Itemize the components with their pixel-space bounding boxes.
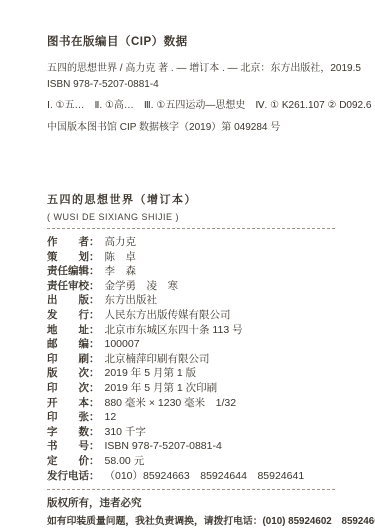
row-value: 58.00 元 xyxy=(105,454,145,469)
row-value: 2019 年 5 月第 1 次印刷 xyxy=(105,381,218,396)
colophon-row-format: 开 本：880 毫米 × 1230 毫米 1/32 xyxy=(47,396,335,411)
cip-section: 图书在版编目（CIP）数据 五四的思想世界 / 高力克 著 . — 增订本 . … xyxy=(47,33,335,135)
row-label: 字 数： xyxy=(47,425,100,440)
row-value: 310 千字 xyxy=(105,425,146,440)
cip-heading: 图书在版编目（CIP）数据 xyxy=(47,33,335,49)
row-value: 2019 年 5 月第 1 版 xyxy=(105,366,197,381)
row-label: 策 划： xyxy=(47,250,100,265)
row-label: 作 者： xyxy=(47,235,100,250)
book-title: 五四的思想世界（增订本） xyxy=(47,191,335,207)
row-label: 书 号： xyxy=(47,439,100,454)
footer-section: 版权所有，违者必究 如有印装质量问题，我社负责调换，请拨打电话：(010) 85… xyxy=(47,496,335,529)
row-label: 版 次： xyxy=(47,366,100,381)
colophon-row-distributor: 发 行：人民东方出版传媒有限公司 xyxy=(47,308,335,323)
colophon-row-sales-phone: 发行电话：（010）85924663 85924644 85924641 xyxy=(47,469,335,484)
row-value: 北京楠萍印刷有限公司 xyxy=(105,352,210,367)
row-label: 定 价： xyxy=(47,454,100,469)
row-label: 发 行： xyxy=(47,308,100,323)
colophon-row-planner: 策 划：陈 卓 xyxy=(47,250,335,265)
colophon-row-sheets: 印 张：12 xyxy=(47,410,335,425)
colophon-row-address: 地 址：北京市东城区东四十条 113 号 xyxy=(47,323,335,338)
colophon-section: 作 者：高力克 策 划：陈 卓 责任编辑：李 森 责任审校：金学勇 凌 寒 出 … xyxy=(47,235,335,483)
colophon-row-editor: 责任编辑：李 森 xyxy=(47,264,335,279)
row-label: 邮 编： xyxy=(47,337,100,352)
row-label: 出 版： xyxy=(47,293,100,308)
row-value: 880 毫米 × 1230 毫米 1/32 xyxy=(105,396,237,411)
row-value: （010）85924663 85924644 85924641 xyxy=(105,469,305,484)
row-value: 东方出版社 xyxy=(105,293,158,308)
cip-bibliographic-line: 五四的思想世界 / 高力克 著 . — 增订本 . — 北京：东方出版社，201… xyxy=(47,62,335,76)
row-value: ISBN 978-7-5207-0881-4 xyxy=(105,439,222,454)
row-label: 地 址： xyxy=(47,323,100,338)
title-block: 五四的思想世界（增订本） ( WUSI DE SIXIANG SHIJIE ) xyxy=(47,191,335,222)
row-value: 金学勇 凌 寒 xyxy=(105,279,179,294)
colophon-row-edition: 版 次：2019 年 5 月第 1 版 xyxy=(47,366,335,381)
row-value: 12 xyxy=(105,410,117,425)
row-value: 北京市东城区东四十条 113 号 xyxy=(105,323,243,338)
book-title-pinyin: ( WUSI DE SIXIANG SHIJIE ) xyxy=(47,212,335,222)
cip-classification-line: Ⅰ. ①五… Ⅱ. ①高… Ⅲ. ①五四运动—思想史 Ⅳ. ① K261.107… xyxy=(47,99,335,113)
row-label: 印 张： xyxy=(47,410,100,425)
row-value: 高力克 xyxy=(105,235,137,250)
row-label: 责任编辑： xyxy=(47,264,100,279)
colophon-row-proofreader: 责任审校：金学勇 凌 寒 xyxy=(47,279,335,294)
quality-replacement-notice: 如有印装质量问题，我社负责调换，请拨打电话：(010) 85924602 859… xyxy=(47,514,335,529)
colophon-row-wordcount: 字 数：310 千字 xyxy=(47,425,335,440)
row-label: 开 本： xyxy=(47,396,100,411)
colophon-row-isbn: 书 号：ISBN 978-7-5207-0881-4 xyxy=(47,439,335,454)
row-label: 印 次： xyxy=(47,381,100,396)
colophon-row-author: 作 者：高力克 xyxy=(47,235,335,250)
colophon-row-impression: 印 次：2019 年 5 月第 1 次印刷 xyxy=(47,381,335,396)
row-label: 发行电话： xyxy=(47,469,100,484)
colophon-row-postcode: 邮 编：100007 xyxy=(47,337,335,352)
row-value: 100007 xyxy=(105,337,140,352)
divider-top xyxy=(47,228,335,229)
colophon-row-price: 定 价：58.00 元 xyxy=(47,454,335,469)
divider-bottom xyxy=(47,489,335,490)
copyright-page: 图书在版编目（CIP）数据 五四的思想世界 / 高力克 著 . — 增订本 . … xyxy=(0,0,375,531)
cip-record-number-line: 中国版本图书馆 CIP 数据核字（2019）第 049284 号 xyxy=(47,121,335,135)
row-label: 印 刷： xyxy=(47,352,100,367)
row-value: 人民东方出版传媒有限公司 xyxy=(105,308,231,323)
colophon-row-printer: 印 刷：北京楠萍印刷有限公司 xyxy=(47,352,335,367)
cip-isbn-line: ISBN 978-7-5207-0881-4 xyxy=(47,78,335,92)
copyright-notice: 版权所有，违者必究 xyxy=(47,496,335,511)
row-value: 陈 卓 xyxy=(105,250,137,265)
row-label: 责任审校： xyxy=(47,279,100,294)
colophon-row-publisher: 出 版：东方出版社 xyxy=(47,293,335,308)
row-value: 李 森 xyxy=(105,264,137,279)
